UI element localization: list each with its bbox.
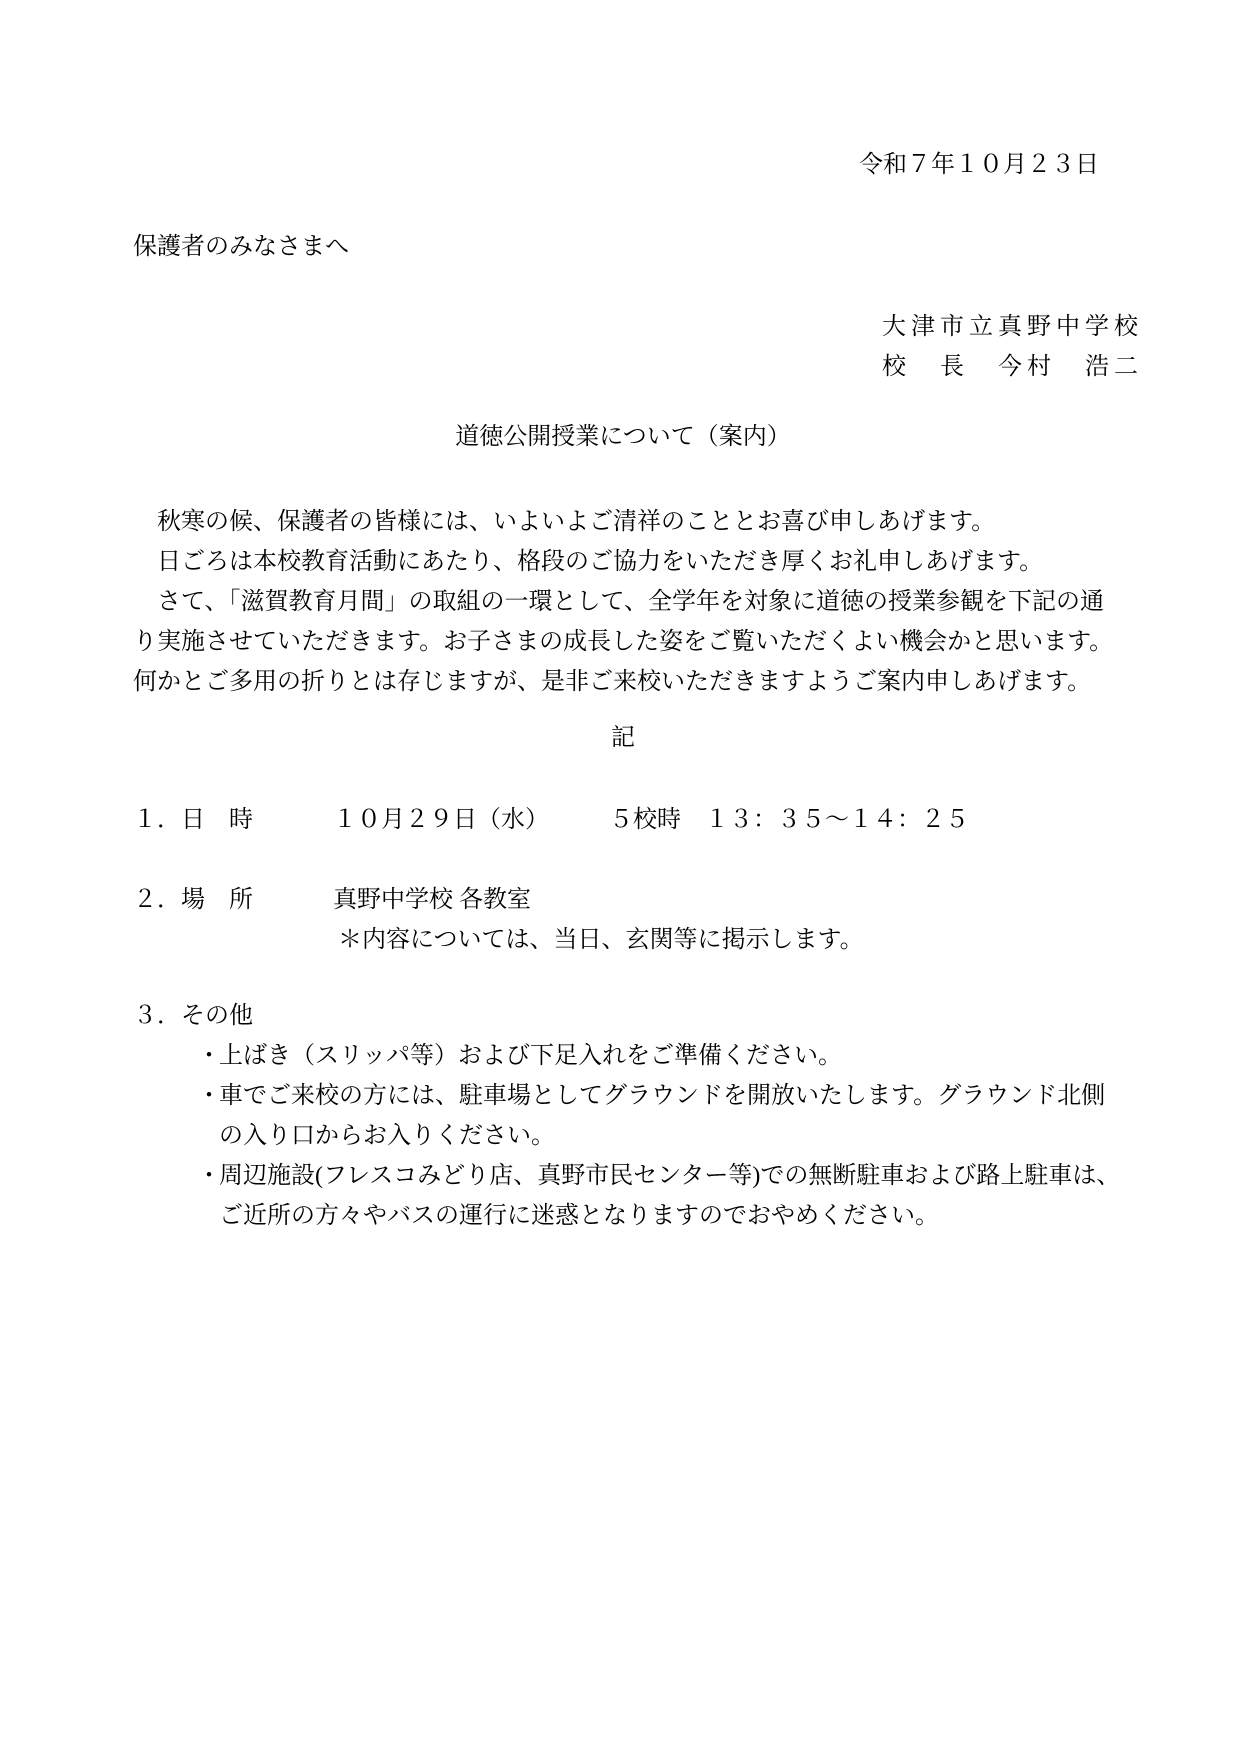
letter-title: 道徳公開授業について（案内） xyxy=(133,417,1113,457)
letter-addressee: 保護者のみなさまへ xyxy=(133,227,1113,267)
letter-sender: 大津市立真野中学校 校 長 今村 浩二 xyxy=(133,307,1143,387)
item-place-number: ２． xyxy=(133,880,181,920)
body-line: 何かとご多用の折りとは存じますが、是非ご来校いただきますようご案内申しあげます。 xyxy=(133,662,1113,702)
bullet-line: 車でご来校の方には、駐車場としてグラウンドを開放いたします。グラウンド北側 xyxy=(219,1076,1113,1116)
item-place-value: 真野中学校 各教室 xyxy=(333,880,531,920)
item-place-label: 場 所 xyxy=(181,880,333,920)
body-line: さて、「滋賀教育月間」の取組の一環として、全学年を対象に道徳の授業参観を下記の通 xyxy=(133,582,1113,622)
item-datetime: １． 日 時 １０月２９日（水） ５校時 １３：３５～１４：２５ xyxy=(133,800,1113,840)
body-line: り実施させていただきます。お子さまの成長した姿をご覧いただくよい機会かと思います… xyxy=(133,622,1113,662)
item-place: ２． 場 所 真野中学校 各教室 xyxy=(133,880,1113,920)
item-place-note: ＊内容については、当日、玄関等に掲示します。 xyxy=(338,920,1113,960)
letter-body: 秋寒の候、保護者の皆様には、いよいよご清祥のこととお喜び申しあげます。 日ごろは… xyxy=(133,502,1113,702)
bullet-line: ご近所の方々やバスの運行に迷惑となりますのでおやめください。 xyxy=(219,1196,1120,1236)
bullet-line: 上ばき（スリッパ等）および下足入れをご準備ください。 xyxy=(219,1036,1113,1076)
item-datetime-number: １． xyxy=(133,800,181,840)
bullet-marker: ・ xyxy=(197,1076,219,1156)
letter-page: 令和７年１０月２３日 保護者のみなさまへ 大津市立真野中学校 校 長 今村 浩二… xyxy=(0,0,1241,1755)
bullet-item-no-street-parking: ・ 周辺施設(フレスコみどり店、真野市民センター等)での無断駐車および路上駐車は… xyxy=(197,1156,1113,1236)
body-line: 秋寒の候、保護者の皆様には、いよいよご清祥のこととお喜び申しあげます。 xyxy=(133,502,1113,542)
bullet-item-parking-ground: ・ 車でご来校の方には、駐車場としてグラウンドを開放いたします。グラウンド北側 … xyxy=(197,1076,1113,1156)
letter-date: 令和７年１０月２３日 xyxy=(133,145,1099,185)
body-line: 日ごろは本校教育活動にあたり、格段のご協力をいただき厚くお礼申しあげます。 xyxy=(133,542,1113,582)
bullet-item-slippers: ・ 上ばき（スリッパ等）および下足入れをご準備ください。 xyxy=(197,1036,1113,1076)
item-other-label: その他 xyxy=(181,996,333,1036)
other-bullet-list: ・ 上ばき（スリッパ等）および下足入れをご準備ください。 ・ 車でご来校の方には… xyxy=(197,1036,1113,1236)
bullet-marker: ・ xyxy=(197,1036,219,1076)
sender-principal-name: 校 長 今村 浩二 xyxy=(133,347,1143,387)
record-marker: 記 xyxy=(133,718,1113,758)
bullet-marker: ・ xyxy=(197,1156,219,1236)
item-datetime-value: １０月２９日（水） ５校時 １３：３５～１４：２５ xyxy=(333,800,969,840)
bullet-line: の入り口からお入りください。 xyxy=(219,1116,1113,1156)
sender-school-name: 大津市立真野中学校 xyxy=(133,307,1143,347)
item-other-number: ３． xyxy=(133,996,181,1036)
item-other: ３． その他 xyxy=(133,996,1113,1036)
item-datetime-label: 日 時 xyxy=(181,800,333,840)
bullet-line: 周辺施設(フレスコみどり店、真野市民センター等)での無断駐車および路上駐車は、 xyxy=(219,1156,1120,1196)
